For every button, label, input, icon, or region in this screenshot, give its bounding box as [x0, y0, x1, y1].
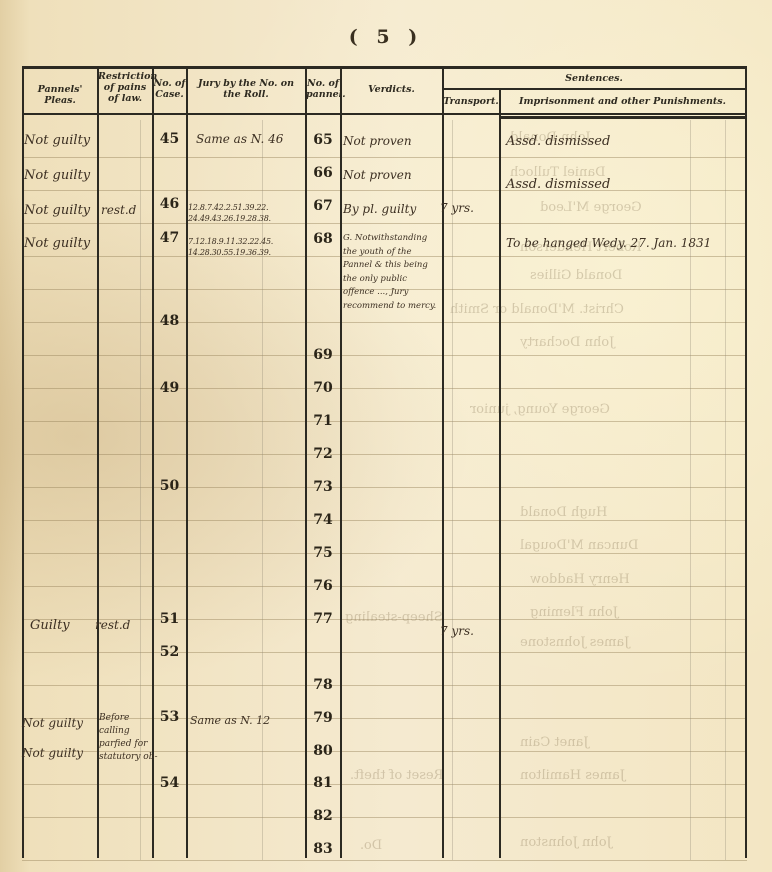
pannel-number: 78 [306, 677, 340, 693]
punishment-entry: Assd. dismissed [506, 134, 610, 149]
ghost-text: Henry Haddow [530, 572, 630, 587]
ghost-text: John Fleming [530, 605, 618, 620]
plea-entry: Not guilty [24, 168, 90, 183]
header-jury: Jury by the No. on the Roll. [190, 78, 302, 100]
case-number: 47 [153, 230, 186, 246]
pannel-number: 83 [306, 841, 340, 857]
pannel-number: 80 [306, 743, 340, 759]
ghost-text: James Hamilton [520, 768, 625, 783]
restriction-entry: rest.d [101, 203, 136, 217]
ghost-text: Donald Gillies [530, 268, 622, 283]
jury-entry: 12.8.7.42.2.51.39.22. 24.49.43.26.19.28.… [188, 202, 304, 224]
case-number: 48 [153, 313, 186, 329]
verdict-entry: G. Notwithstanding the youth of the Pann… [343, 232, 441, 313]
pannel-number: 81 [306, 775, 340, 791]
ghost-text: John Johnston [520, 835, 612, 850]
pannel-number: 74 [306, 512, 340, 528]
pannel-number: 66 [306, 165, 340, 181]
ghost-text: Hugh Donald [520, 505, 607, 520]
ghost-text: Reset of theft. [350, 768, 443, 783]
header-transport: Transport. [443, 96, 499, 107]
ghost-text: George Young, junior [470, 402, 610, 417]
header-pannel-no: No. of pannel. [306, 78, 340, 100]
ghost-text: Sheep-stealing [345, 610, 443, 625]
case-number: 54 [153, 775, 186, 791]
jury-entry: 7.12.18.9.11.32.22.45. 14.28.30.55.19.36… [188, 236, 304, 258]
pannel-number: 82 [306, 808, 340, 824]
ghost-text: George M'Leod [540, 200, 642, 215]
case-number: 50 [153, 478, 186, 494]
ghost-text: Christ. M'Donald or Smith [450, 302, 624, 317]
plea-entry: Not guilty [22, 746, 83, 760]
ghost-text: James Johnstone [520, 635, 629, 650]
plea-entry: Guilty [30, 618, 70, 633]
pannel-number: 75 [306, 545, 340, 561]
pannel-number: 79 [306, 710, 340, 726]
pannel-number: 72 [306, 446, 340, 462]
verdict-entry: Not proven [343, 168, 412, 182]
ghost-text: Duncan M'Dougal [520, 538, 638, 553]
jury-entry: Same as N. 12 [190, 714, 270, 727]
case-number: 46 [153, 196, 186, 212]
case-number: 49 [153, 380, 186, 396]
plea-entry: Not guilty [24, 203, 90, 218]
pannel-number: 69 [306, 347, 340, 363]
jury-entry: Same as N. 46 [196, 132, 283, 146]
pannel-number: 70 [306, 380, 340, 396]
case-number: 52 [153, 644, 186, 660]
header-verdicts: Verdicts. [341, 84, 442, 95]
transport-entry: 7 yrs. [440, 201, 474, 215]
page-number: ( 5 ) [0, 26, 772, 48]
pannel-number: 65 [306, 132, 340, 148]
header-sentences: Sentences. [443, 73, 745, 84]
case-number: 45 [153, 131, 186, 147]
case-number: 51 [153, 611, 186, 627]
verdict-entry: Not proven [343, 134, 412, 148]
transport-entry: 7 yrs. [440, 624, 474, 638]
plea-entry: Not guilty [24, 133, 90, 148]
verdict-entry: By pl. guilty [343, 202, 416, 216]
pannel-number: 77 [306, 611, 340, 627]
pannel-number: 76 [306, 578, 340, 594]
pannel-number: 73 [306, 479, 340, 495]
header-imprisonment: Imprisonment and other Punishments. [500, 96, 745, 107]
header-case-no: No. of Case. [153, 78, 186, 100]
punishment-entry: To be hanged Wedy. 27. Jan. 1831 [506, 236, 711, 250]
pannel-number: 71 [306, 413, 340, 429]
plea-entry: Not guilty [22, 716, 83, 730]
header-pleas: Pannels' Pleas. [23, 84, 97, 106]
pannel-number: 67 [306, 198, 340, 214]
header-restriction: Restriction of pains of law. [98, 71, 152, 104]
ghost-text: Do. [360, 838, 382, 853]
restriction-entry: rest.d [95, 618, 130, 632]
plea-entry: Not guilty [24, 236, 90, 251]
restriction-entry: Before calling parfied for statutory ob- [99, 712, 159, 764]
ghost-text: Janet Cain [520, 735, 589, 750]
ghost-text: John Docharty [520, 335, 614, 350]
pannel-number: 68 [306, 231, 340, 247]
punishment-entry: Assd. dismissed [506, 177, 610, 192]
